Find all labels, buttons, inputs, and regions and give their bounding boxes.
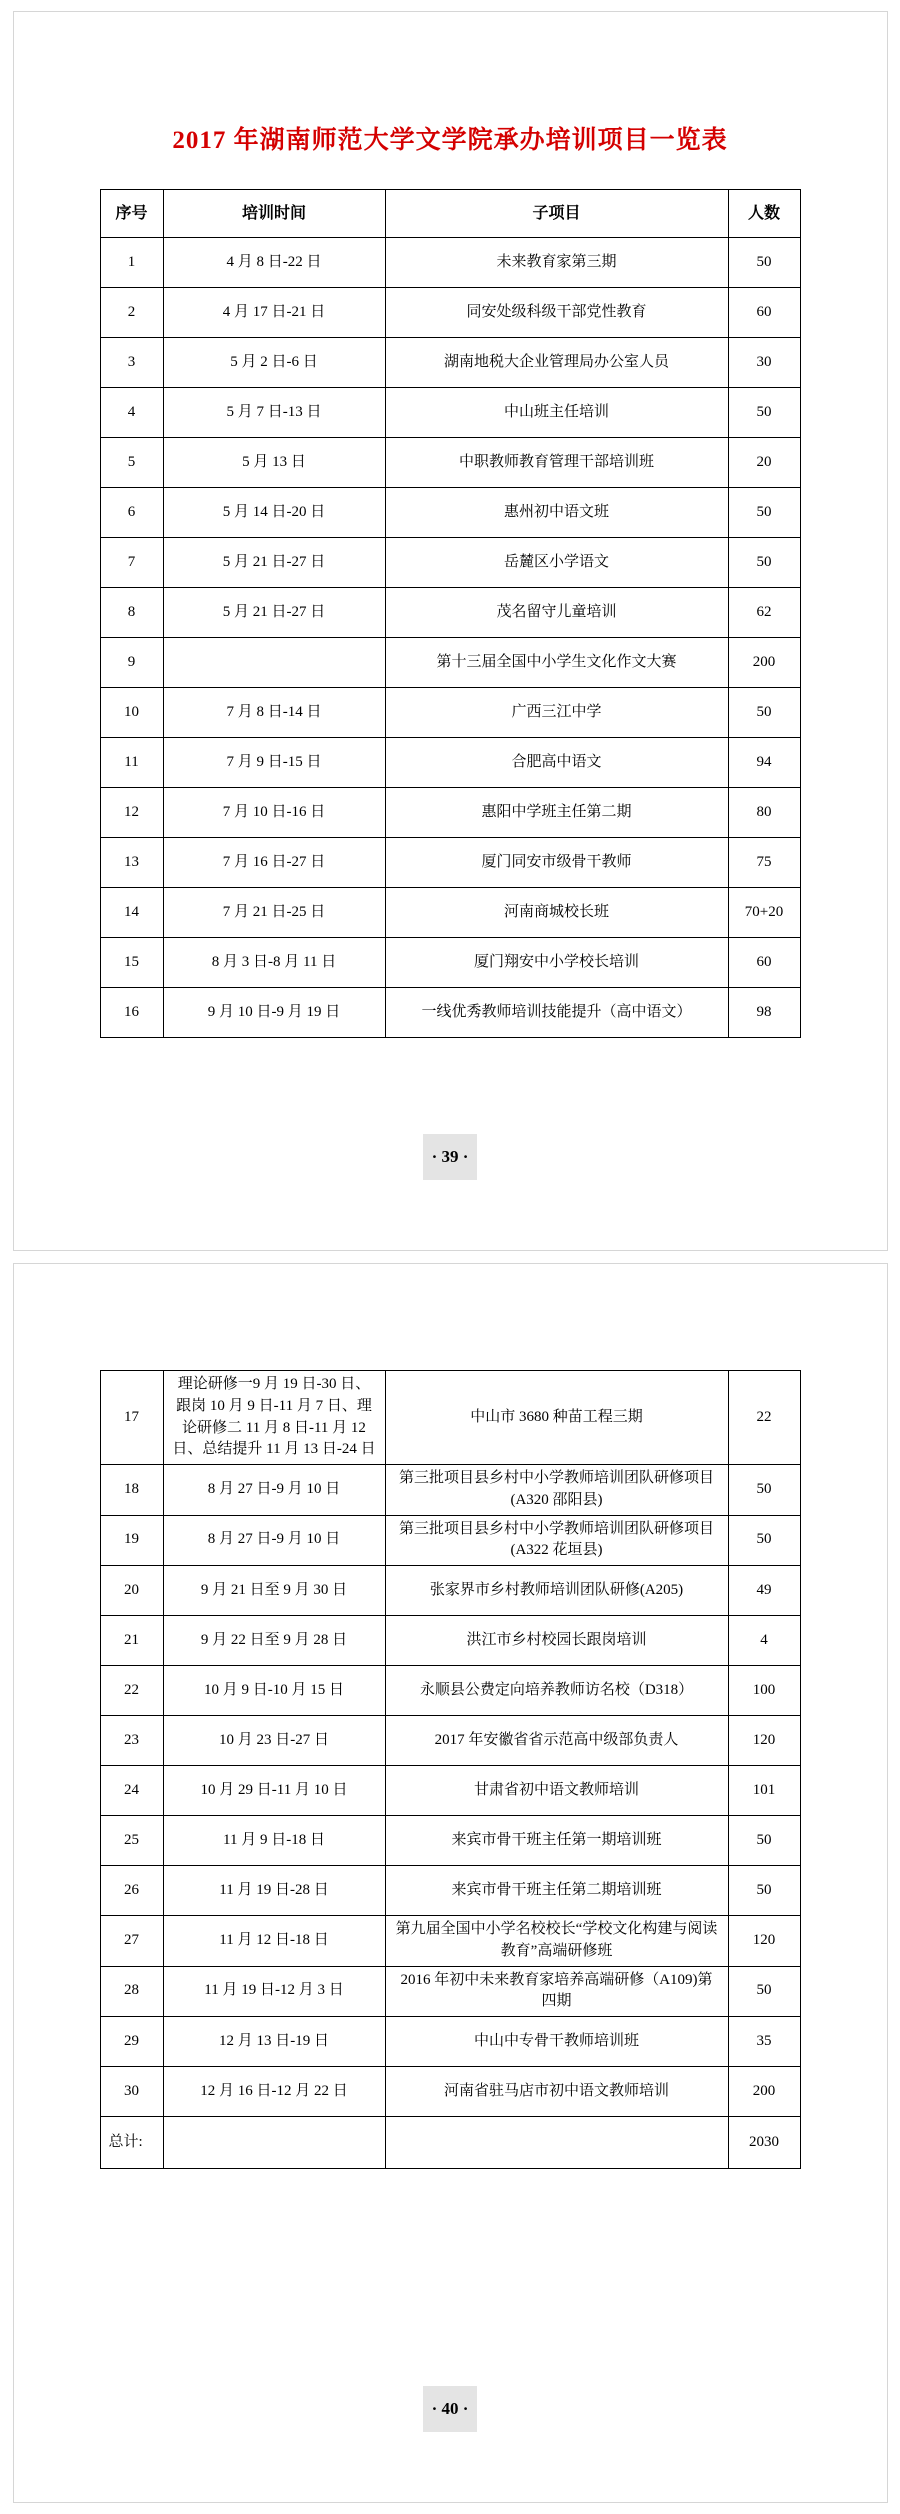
cell-serial-number: 3	[100, 338, 163, 388]
cell-headcount: 80	[728, 788, 800, 838]
table-row: 25 11 月 9 日-18 日 来宾市骨干班主任第一期培训班 50	[100, 1816, 800, 1866]
cell-serial-number: 14	[100, 888, 163, 938]
cell-sub-project: 第三批项目县乡村中小学教师培训团队研修项目(A320 邵阳县)	[385, 1465, 728, 1516]
table-row: 23 10 月 23 日-27 日 2017 年安徽省省示范高中级部负责人 12…	[100, 1716, 800, 1766]
training-table-page1: 序号 培训时间 子项目 人数 1 4 月 8 日-22 日 未来教育家第三期	[100, 189, 801, 1038]
cell-sub-project: 中山中专骨干教师培训班	[385, 2017, 728, 2067]
cell-headcount: 20	[728, 438, 800, 488]
cell-serial-number: 21	[100, 1616, 163, 1666]
table-row: 17 理论研修一9 月 19 日-30 日、跟岗 10 月 9 日-11 月 7…	[100, 1371, 800, 1465]
table-row: 3 5 月 2 日-6 日 湖南地税大企业管理局办公室人员 30	[100, 338, 800, 388]
cell-training-time: 7 月 21 日-25 日	[163, 888, 385, 938]
cell-training-time: 理论研修一9 月 19 日-30 日、跟岗 10 月 9 日-11 月 7 日、…	[163, 1371, 385, 1465]
cell-sub-project: 岳麓区小学语文	[385, 538, 728, 588]
cell-sub-project: 2017 年安徽省省示范高中级部负责人	[385, 1716, 728, 1766]
cell-serial-number: 12	[100, 788, 163, 838]
cell-headcount: 70+20	[728, 888, 800, 938]
table-row: 22 10 月 9 日-10 月 15 日 永顺县公费定向培养教师访名校（D31…	[100, 1666, 800, 1716]
cell-sub-project: 永顺县公费定向培养教师访名校（D318）	[385, 1666, 728, 1716]
total-headcount: 2030	[728, 2117, 800, 2169]
cell-serial-number: 13	[100, 838, 163, 888]
cell-training-time: 5 月 14 日-20 日	[163, 488, 385, 538]
cell-serial-number: 26	[100, 1866, 163, 1916]
cell-sub-project: 张家界市乡村教师培训团队研修(A205)	[385, 1566, 728, 1616]
cell-sub-project: 第三批项目县乡村中小学教师培训团队研修项目(A322 花垣县)	[385, 1515, 728, 1566]
cell-serial-number: 4	[100, 388, 163, 438]
cell-training-time: 7 月 16 日-27 日	[163, 838, 385, 888]
cell-training-time: 10 月 29 日-11 月 10 日	[163, 1766, 385, 1816]
page-footer: · 40 ·	[14, 2386, 887, 2432]
cell-headcount: 62	[728, 588, 800, 638]
page-number-39: · 39 ·	[423, 1134, 478, 1180]
cell-sub-project: 广西三江中学	[385, 688, 728, 738]
cell-headcount: 22	[728, 1371, 800, 1465]
cell-headcount: 50	[728, 1816, 800, 1866]
cell-training-time: 11 月 9 日-18 日	[163, 1816, 385, 1866]
training-table-page2: 17 理论研修一9 月 19 日-30 日、跟岗 10 月 9 日-11 月 7…	[100, 1370, 801, 2169]
total-label: 总计:	[100, 2117, 163, 2169]
cell-sub-project: 同安处级科级干部党性教育	[385, 288, 728, 338]
table-row: 14 7 月 21 日-25 日 河南商城校长班 70+20	[100, 888, 800, 938]
table-row: 20 9 月 21 日至 9 月 30 日 张家界市乡村教师培训团队研修(A20…	[100, 1566, 800, 1616]
document: 2017 年湖南师范大学文学院承办培训项目一览表 序号 培训时间 子项目 人数	[0, 0, 900, 2503]
cell-sub-project: 第九届全国中小学名校校长“学校文化构建与阅读教育”高端研修班	[385, 1916, 728, 1967]
cell-headcount: 60	[728, 938, 800, 988]
cell-headcount: 50	[728, 388, 800, 438]
cell-sub-project: 河南商城校长班	[385, 888, 728, 938]
table-header-row: 序号 培训时间 子项目 人数	[100, 190, 800, 238]
cell-training-time: 11 月 19 日-12 月 3 日	[163, 1966, 385, 2017]
table-row: 2 4 月 17 日-21 日 同安处级科级干部党性教育 60	[100, 288, 800, 338]
page-title: 2017 年湖南师范大学文学院承办培训项目一览表	[14, 12, 887, 156]
cell-serial-number: 1	[100, 238, 163, 288]
cell-headcount: 50	[728, 1866, 800, 1916]
table-row: 1 4 月 8 日-22 日 未来教育家第三期 50	[100, 238, 800, 288]
cell-headcount: 100	[728, 1666, 800, 1716]
cell-training-time: 5 月 2 日-6 日	[163, 338, 385, 388]
table-row: 9 第十三届全国中小学生文化作文大赛 200	[100, 638, 800, 688]
total-time-empty	[163, 2117, 385, 2169]
page-2: 17 理论研修一9 月 19 日-30 日、跟岗 10 月 9 日-11 月 7…	[13, 1263, 888, 2503]
cell-training-time: 8 月 27 日-9 月 10 日	[163, 1465, 385, 1516]
cell-training-time: 10 月 23 日-27 日	[163, 1716, 385, 1766]
header-sub-project: 子项目	[385, 190, 728, 238]
cell-sub-project: 厦门同安市级骨干教师	[385, 838, 728, 888]
cell-serial-number: 8	[100, 588, 163, 638]
cell-serial-number: 29	[100, 2017, 163, 2067]
cell-serial-number: 18	[100, 1465, 163, 1516]
table-row: 24 10 月 29 日-11 月 10 日 甘肃省初中语文教师培训 101	[100, 1766, 800, 1816]
cell-training-time: 11 月 19 日-28 日	[163, 1866, 385, 1916]
cell-training-time: 7 月 10 日-16 日	[163, 788, 385, 838]
cell-serial-number: 22	[100, 1666, 163, 1716]
table-row: 21 9 月 22 日至 9 月 28 日 洪江市乡村校园长跟岗培训 4	[100, 1616, 800, 1666]
page-1: 2017 年湖南师范大学文学院承办培训项目一览表 序号 培训时间 子项目 人数	[13, 11, 888, 1251]
cell-headcount: 50	[728, 688, 800, 738]
table-row: 15 8 月 3 日-8 月 11 日 厦门翔安中小学校长培训 60	[100, 938, 800, 988]
table-row: 30 12 月 16 日-12 月 22 日 河南省驻马店市初中语文教师培训 2…	[100, 2067, 800, 2117]
cell-sub-project: 惠州初中语文班	[385, 488, 728, 538]
cell-serial-number: 5	[100, 438, 163, 488]
cell-headcount: 50	[728, 488, 800, 538]
cell-training-time: 7 月 9 日-15 日	[163, 738, 385, 788]
table-row: 7 5 月 21 日-27 日 岳麓区小学语文 50	[100, 538, 800, 588]
cell-serial-number: 30	[100, 2067, 163, 2117]
table-row: 11 7 月 9 日-15 日 合肥高中语文 94	[100, 738, 800, 788]
cell-training-time: 4 月 8 日-22 日	[163, 238, 385, 288]
cell-serial-number: 2	[100, 288, 163, 338]
cell-headcount: 98	[728, 988, 800, 1038]
cell-training-time: 5 月 13 日	[163, 438, 385, 488]
cell-training-time: 8 月 27 日-9 月 10 日	[163, 1515, 385, 1566]
cell-sub-project: 湖南地税大企业管理局办公室人员	[385, 338, 728, 388]
cell-serial-number: 6	[100, 488, 163, 538]
cell-training-time: 12 月 13 日-19 日	[163, 2017, 385, 2067]
table-row: 16 9 月 10 日-9 月 19 日 一线优秀教师培训技能提升（高中语文） …	[100, 988, 800, 1038]
cell-headcount: 50	[728, 1465, 800, 1516]
table-row: 6 5 月 14 日-20 日 惠州初中语文班 50	[100, 488, 800, 538]
cell-sub-project: 河南省驻马店市初中语文教师培训	[385, 2067, 728, 2117]
cell-training-time: 5 月 21 日-27 日	[163, 538, 385, 588]
cell-serial-number: 25	[100, 1816, 163, 1866]
cell-serial-number: 7	[100, 538, 163, 588]
cell-serial-number: 28	[100, 1966, 163, 2017]
cell-sub-project: 来宾市骨干班主任第一期培训班	[385, 1816, 728, 1866]
cell-training-time: 12 月 16 日-12 月 22 日	[163, 2067, 385, 2117]
total-row: 总计: 2030	[100, 2117, 800, 2169]
cell-serial-number: 27	[100, 1916, 163, 1967]
cell-headcount: 101	[728, 1766, 800, 1816]
cell-headcount: 50	[728, 1515, 800, 1566]
cell-training-time: 11 月 12 日-18 日	[163, 1916, 385, 1967]
cell-sub-project: 洪江市乡村校园长跟岗培训	[385, 1616, 728, 1666]
cell-sub-project: 中职教师教育管理干部培训班	[385, 438, 728, 488]
cell-headcount: 120	[728, 1716, 800, 1766]
cell-headcount: 50	[728, 538, 800, 588]
cell-sub-project: 一线优秀教师培训技能提升（高中语文）	[385, 988, 728, 1038]
cell-sub-project: 甘肃省初中语文教师培训	[385, 1766, 728, 1816]
cell-sub-project: 中山市 3680 种苗工程三期	[385, 1371, 728, 1465]
cell-serial-number: 23	[100, 1716, 163, 1766]
table-row: 5 5 月 13 日 中职教师教育管理干部培训班 20	[100, 438, 800, 488]
cell-sub-project: 第十三届全国中小学生文化作文大赛	[385, 638, 728, 688]
cell-sub-project: 厦门翔安中小学校长培训	[385, 938, 728, 988]
total-project-empty	[385, 2117, 728, 2169]
cell-headcount: 75	[728, 838, 800, 888]
cell-training-time: 7 月 8 日-14 日	[163, 688, 385, 738]
cell-training-time: 5 月 21 日-27 日	[163, 588, 385, 638]
cell-training-time: 9 月 10 日-9 月 19 日	[163, 988, 385, 1038]
page-footer: · 39 ·	[14, 1134, 887, 1180]
cell-headcount: 120	[728, 1916, 800, 1967]
cell-serial-number: 24	[100, 1766, 163, 1816]
cell-serial-number: 16	[100, 988, 163, 1038]
header-headcount: 人数	[728, 190, 800, 238]
cell-serial-number: 10	[100, 688, 163, 738]
cell-serial-number: 9	[100, 638, 163, 688]
cell-training-time: 4 月 17 日-21 日	[163, 288, 385, 338]
cell-serial-number: 17	[100, 1371, 163, 1465]
table-row: 8 5 月 21 日-27 日 茂名留守儿童培训 62	[100, 588, 800, 638]
cell-sub-project: 来宾市骨干班主任第二期培训班	[385, 1866, 728, 1916]
cell-sub-project: 合肥高中语文	[385, 738, 728, 788]
cell-headcount: 200	[728, 638, 800, 688]
cell-headcount: 30	[728, 338, 800, 388]
cell-training-time	[163, 638, 385, 688]
cell-headcount: 35	[728, 2017, 800, 2067]
cell-sub-project: 未来教育家第三期	[385, 238, 728, 288]
cell-sub-project: 2016 年初中未来教育家培养高端研修（A109)第四期	[385, 1966, 728, 2017]
cell-sub-project: 茂名留守儿童培训	[385, 588, 728, 638]
cell-serial-number: 20	[100, 1566, 163, 1616]
table-row: 27 11 月 12 日-18 日 第九届全国中小学名校校长“学校文化构建与阅读…	[100, 1916, 800, 1967]
cell-headcount: 50	[728, 238, 800, 288]
table-row: 4 5 月 7 日-13 日 中山班主任培训 50	[100, 388, 800, 438]
cell-serial-number: 15	[100, 938, 163, 988]
cell-headcount: 50	[728, 1966, 800, 2017]
table-row: 18 8 月 27 日-9 月 10 日 第三批项目县乡村中小学教师培训团队研修…	[100, 1465, 800, 1516]
table-row: 13 7 月 16 日-27 日 厦门同安市级骨干教师 75	[100, 838, 800, 888]
page-number-40: · 40 ·	[423, 2386, 478, 2432]
table-row: 28 11 月 19 日-12 月 3 日 2016 年初中未来教育家培养高端研…	[100, 1966, 800, 2017]
cell-training-time: 10 月 9 日-10 月 15 日	[163, 1666, 385, 1716]
table-row: 10 7 月 8 日-14 日 广西三江中学 50	[100, 688, 800, 738]
cell-serial-number: 19	[100, 1515, 163, 1566]
table-row: 19 8 月 27 日-9 月 10 日 第三批项目县乡村中小学教师培训团队研修…	[100, 1515, 800, 1566]
cell-training-time: 5 月 7 日-13 日	[163, 388, 385, 438]
table-row: 12 7 月 10 日-16 日 惠阳中学班主任第二期 80	[100, 788, 800, 838]
cell-sub-project: 中山班主任培训	[385, 388, 728, 438]
cell-headcount: 94	[728, 738, 800, 788]
cell-headcount: 4	[728, 1616, 800, 1666]
cell-training-time: 9 月 22 日至 9 月 28 日	[163, 1616, 385, 1666]
cell-training-time: 9 月 21 日至 9 月 30 日	[163, 1566, 385, 1616]
cell-sub-project: 惠阳中学班主任第二期	[385, 788, 728, 838]
header-serial-number: 序号	[100, 190, 163, 238]
table-row: 29 12 月 13 日-19 日 中山中专骨干教师培训班 35	[100, 2017, 800, 2067]
cell-serial-number: 11	[100, 738, 163, 788]
cell-training-time: 8 月 3 日-8 月 11 日	[163, 938, 385, 988]
cell-headcount: 49	[728, 1566, 800, 1616]
table-row: 26 11 月 19 日-28 日 来宾市骨干班主任第二期培训班 50	[100, 1866, 800, 1916]
cell-headcount: 60	[728, 288, 800, 338]
cell-headcount: 200	[728, 2067, 800, 2117]
header-training-time: 培训时间	[163, 190, 385, 238]
